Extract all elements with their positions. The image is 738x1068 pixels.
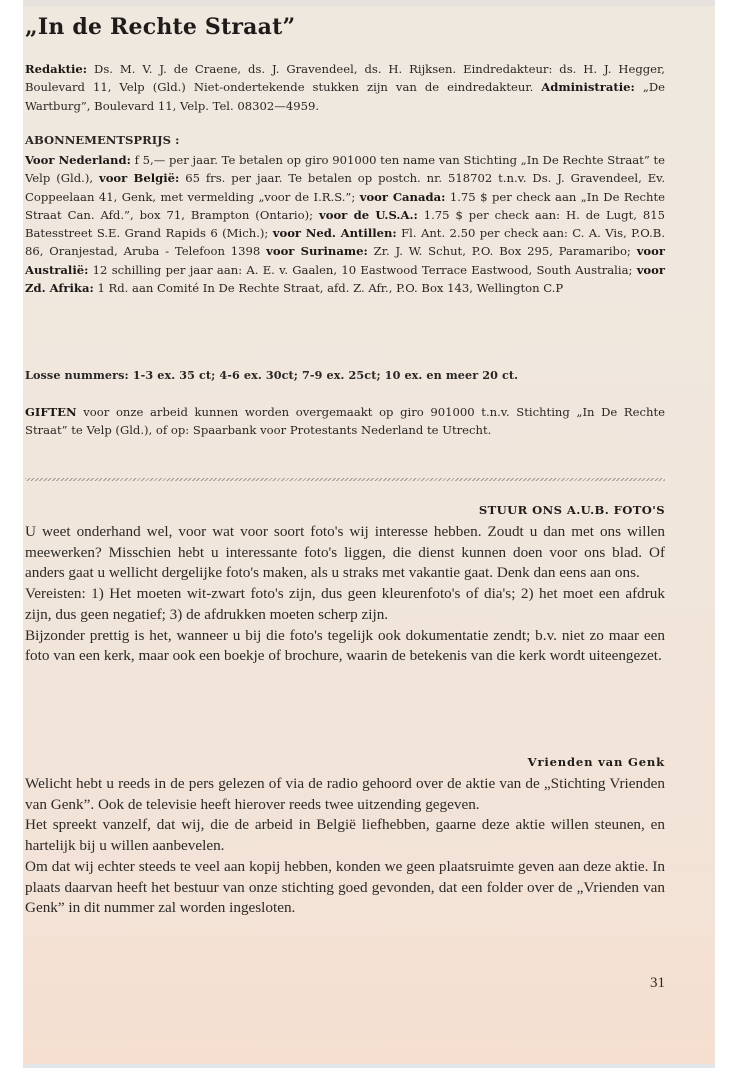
giften-label: GIFTEN: [25, 405, 77, 419]
region-label: voor Ned. Antillen:: [273, 226, 397, 240]
region-label: voor de U.S.A.:: [319, 208, 418, 222]
subscription-heading: ABONNEMENTSPRIJS :: [25, 131, 665, 149]
administratie-label: Administratie:: [541, 80, 635, 94]
article-vrienden-van-genk: Welicht hebt u reeds in de pers gelezen …: [25, 774, 665, 919]
masthead-title: „In de Rechte Straat”: [25, 14, 665, 40]
redaktie-label: Redaktie:: [25, 62, 87, 76]
region-text: Zr. J. W. Schut, P.O. Box 295, Paramarib…: [368, 244, 637, 258]
region-label: voor Canada:: [360, 190, 446, 204]
region-label: Voor Nederland:: [25, 153, 131, 167]
article-heading-vrienden-van-genk: Vrienden van Genk: [25, 755, 665, 769]
region-text: 12 schilling per jaar aan: A. E. v. Gaal…: [88, 263, 636, 277]
donations-info: GIFTEN voor onze arbeid kunnen worden ov…: [25, 403, 665, 440]
page-number: 31: [25, 975, 665, 992]
page-bottom-edge: [23, 1064, 715, 1068]
region-label: voor Suriname:: [266, 244, 368, 258]
article-paragraph: Welicht hebt u reeds in de pers gelezen …: [25, 774, 665, 815]
giften-text: voor onze arbeid kunnen worden overgemaa…: [25, 405, 665, 437]
single-issue-prices: Losse nummers: 1-3 ex. 35 ct; 4-6 ex. 30…: [25, 366, 665, 384]
article-paragraph: Vereisten: 1) Het moeten wit-zwart foto'…: [25, 584, 665, 625]
article-paragraph: Om dat wij echter steeds te veel aan kop…: [25, 857, 665, 919]
article-photos: U weet onderhand wel, voor wat voor soor…: [25, 522, 665, 667]
region-text: 1 Rd. aan Comité In De Rechte Straat, af…: [94, 281, 563, 295]
article-paragraph: Het spreekt vanzelf, dat wij, die de arb…: [25, 815, 665, 856]
article-paragraph: Bijzonder prettig is het, wanneer u bij …: [25, 626, 665, 667]
region-label: voor België:: [99, 171, 179, 185]
editorial-info: Redaktie: Ds. M. V. J. de Craene, ds. J.…: [25, 60, 665, 115]
section-divider: [25, 478, 665, 481]
article-paragraph: U weet onderhand wel, voor wat voor soor…: [25, 522, 665, 584]
article-heading-photos: STUUR ONS A.U.B. FOTO'S: [25, 503, 665, 517]
subscription-prices: Voor Nederland: f 5,— per jaar. Te betal…: [25, 151, 665, 297]
